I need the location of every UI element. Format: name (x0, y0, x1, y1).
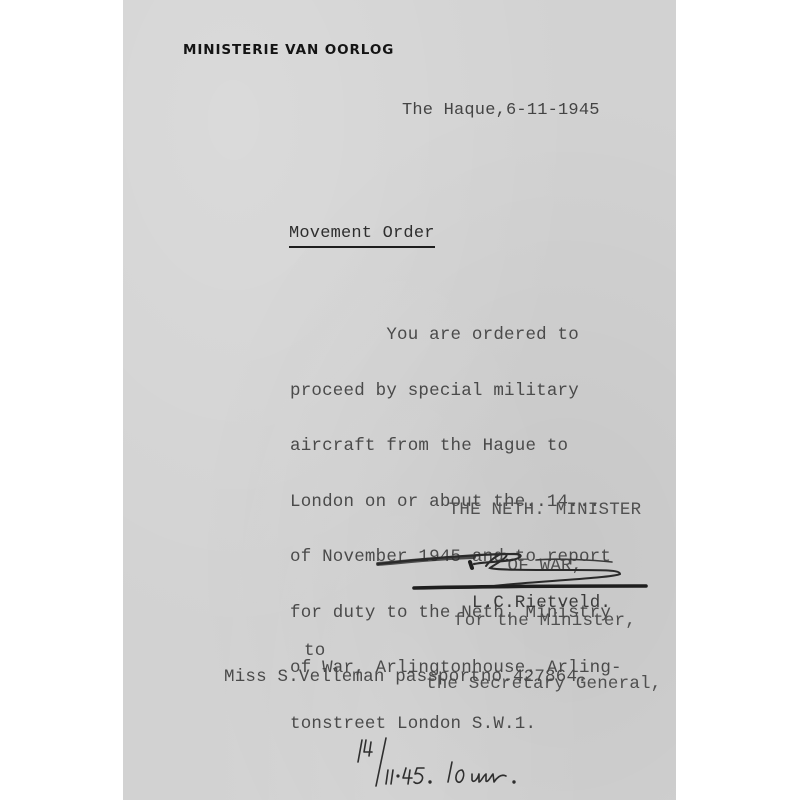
to-label: to (304, 642, 325, 661)
closing-line: for the Minister, (410, 612, 680, 631)
handwritten-note-icon (352, 732, 572, 792)
place-date: The Haque,6-11-1945 (402, 102, 600, 121)
signature-icon (374, 548, 674, 598)
body-line: proceed by special military (290, 382, 622, 401)
body-line: tonstreet London S.W.1. (290, 715, 622, 734)
body-line: aircraft from the Hague to (290, 437, 622, 456)
body-line: You are ordered to (290, 326, 622, 345)
signer-name: L.C.Rietveld. (472, 594, 611, 613)
closing-line: THE NETH. MINISTER (410, 501, 680, 520)
document-subject: Movement Order (289, 225, 435, 248)
letterhead: MINISTERIE VAN OORLOG (183, 42, 394, 58)
recipient-line: Miss S.Velleman passportno.427864. (224, 668, 588, 687)
